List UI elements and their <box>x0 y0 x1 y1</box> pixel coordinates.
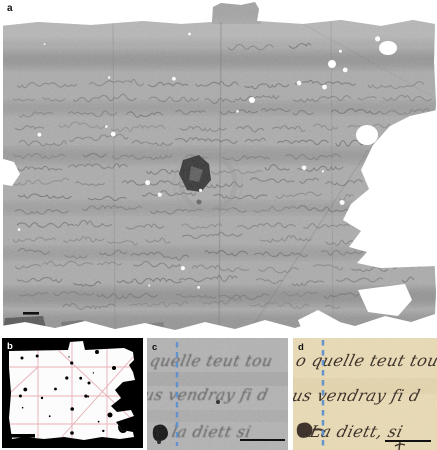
scale-bar-c <box>240 439 285 441</box>
scale-bar-a <box>23 312 39 315</box>
panel-d-photo-detail: o quelle teut tou us vendray fi d La die… <box>293 338 437 450</box>
panel-a-xray-image <box>3 2 437 333</box>
panel-d-label: d <box>298 342 304 353</box>
scale-bar-d <box>385 440 431 442</box>
panel-c-label: c <box>152 342 157 353</box>
panel-b-label: b <box>7 341 13 352</box>
figure: a <box>0 0 437 450</box>
scale-bar-b <box>11 434 35 438</box>
panel-b-crease-mask: b <box>2 338 143 448</box>
panel-c-scan-detail: quelle teut tou us vendray fi d la diett… <box>147 338 288 450</box>
